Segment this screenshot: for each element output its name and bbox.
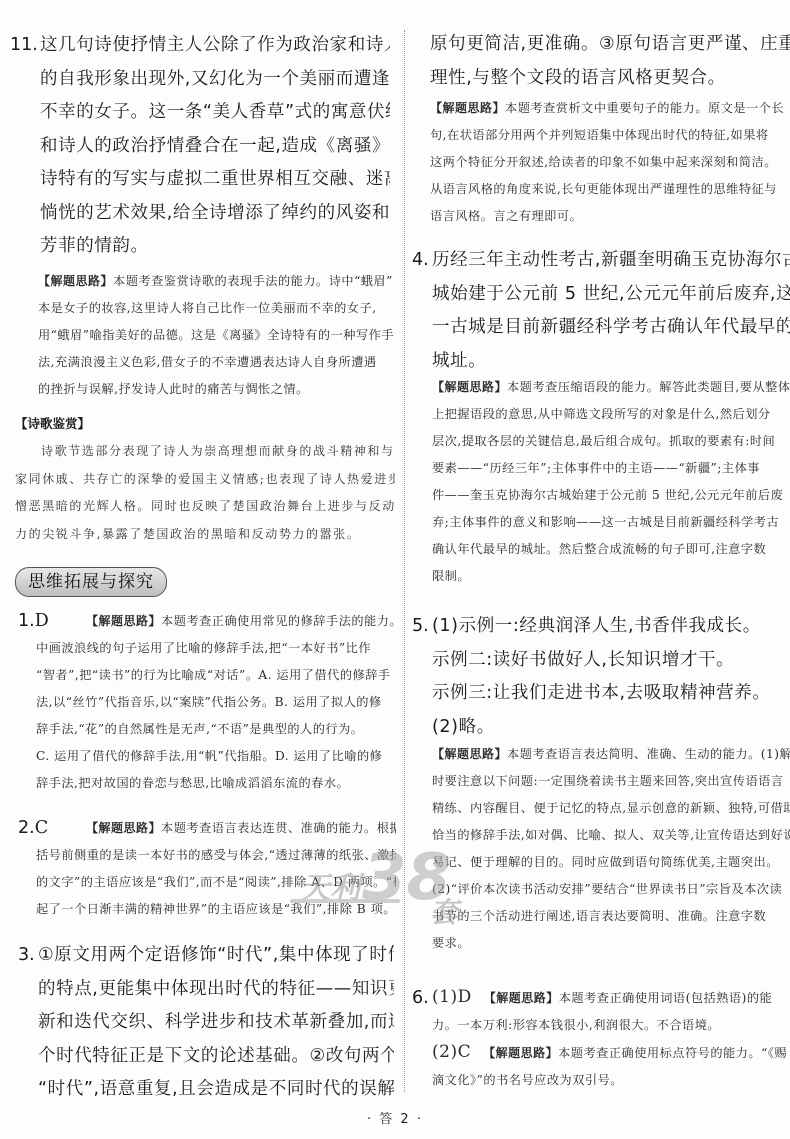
q3-analysis: 【解题思路】本题考查赏析文中重要句子的能力。原文是一个长 句,在状语部分用两个并…	[430, 95, 790, 230]
answer-letter: (2)C	[432, 1042, 471, 1062]
analysis-tag: 【解题思路】	[86, 821, 161, 835]
analysis-tag: 【解题思路】	[484, 991, 559, 1005]
q4-answer: 历经三年主动性考古,新疆奎明确玉克协海尔古 城始建于公元前 5 世纪,公元元年前…	[432, 244, 790, 378]
q5-answer: (1)示例一:经典润泽人生,书香伴我成长。 示例二:读好书做好人,长知识增才干。…	[432, 610, 790, 744]
analysis-tag: 【解题思路】	[432, 747, 507, 761]
question-number: 5.	[412, 610, 429, 644]
poem-appreciation-heading: 【诗歌鉴赏】	[15, 414, 90, 432]
page-number: · 答 2 ·	[0, 1108, 790, 1127]
q11-answer: 这几句诗使抒情主人公除了作为政治家和诗人 的自我形象出现外,又幻化为一个美丽而遭…	[40, 29, 390, 264]
analysis-tag: 【解题思路】	[430, 101, 505, 115]
q5-analysis: 【解题思路】本题考查语言表达简明、准确、生动的能力。(1)解题 时要注意以下问题…	[432, 741, 790, 957]
q11-analysis: 【解题思路】本题考查鉴赏诗歌的表现手法的能力。诗中“蛾眉” 本是女子的妆容,这里…	[38, 268, 394, 403]
section-title: 思维拓展与探究	[15, 567, 167, 597]
question-number: 4.	[412, 244, 429, 278]
answer-page: 11. 这几句诗使抒情主人公除了作为政治家和诗人 的自我形象出现外,又幻化为一个…	[0, 0, 790, 1139]
analysis-tag: 【解题思路】	[86, 614, 161, 628]
column-divider	[404, 30, 405, 1092]
question-number: 3.	[18, 939, 35, 973]
q3-answer: ①原文用两个定语修饰“时代”,集中体现了时代 的特点,更能集中体现出时代的特征—…	[38, 939, 394, 1107]
analysis-tag: 【解题思路】	[483, 1046, 558, 1060]
answer-letter: (1)D	[432, 987, 472, 1007]
question-number: 11.	[10, 29, 38, 63]
analysis-tag: 【解题思路】	[432, 380, 507, 394]
q1-analysis: 【解题思路】本题考查正确使用常见的修辞手法的能力。文 中画波浪线的句子运用了比喻…	[36, 608, 396, 797]
analysis-tag: 【解题思路】	[38, 274, 113, 288]
q4-analysis: 【解题思路】本题考查压缩语段的能力。解答此类题目,要从整体 上把握语段的意思,从…	[432, 374, 790, 590]
question-number: 6.	[412, 982, 429, 1016]
q6-answer: (1)D【解题思路】本题考查正确使用词语(包括熟语)的能 力。一本万利:形容本钱…	[432, 984, 790, 1094]
q2-analysis: 【解题思路】本题考查语言表达连贯、准确的能力。根据语境, 括号前侧重的是读一本好…	[36, 815, 396, 923]
q3-answer-continued: 原句更简洁,更准确。③原句语言更严谨、庄重、 理性,与整个文段的语言风格更契合。	[430, 28, 790, 95]
poem-appreciation-text: 诗歌节选部分表现了诗人为崇高理想而献身的战斗精神和与国 家同休戚、共存亡的深挚的…	[15, 438, 395, 548]
